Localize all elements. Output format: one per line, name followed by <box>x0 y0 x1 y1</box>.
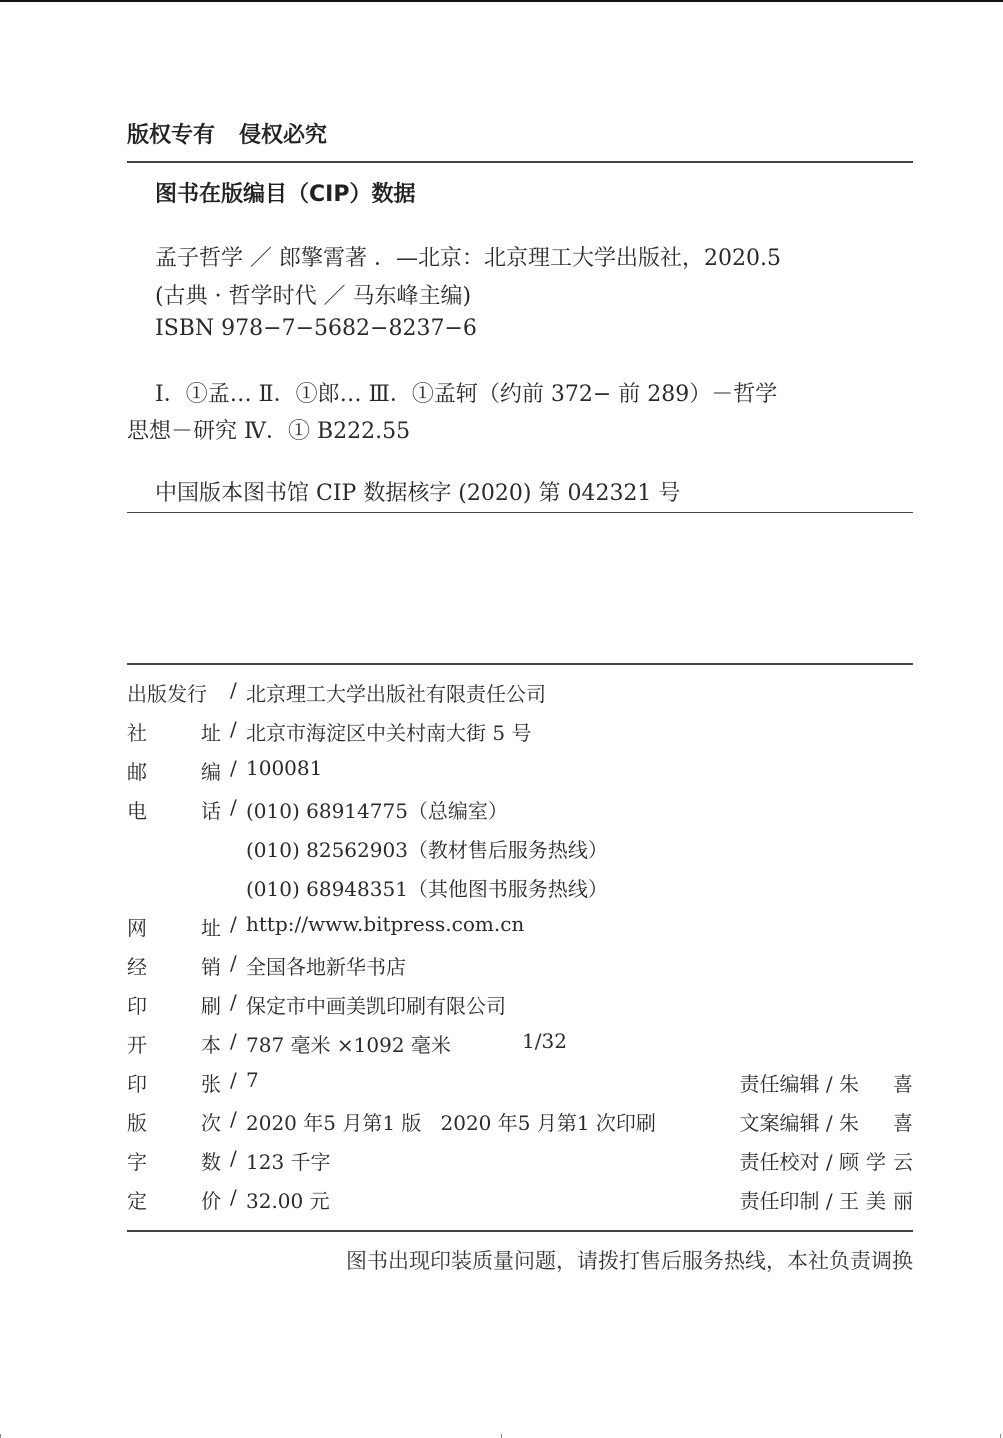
pub-row-format: 开 本 / 787 毫米 ×1092 毫米 1/32 <box>127 1029 913 1059</box>
label-char: 字 <box>127 1146 147 1175</box>
staff-print-manager: 责任印制 / 王美丽 <box>740 1185 913 1214</box>
infringement-warning: 侵权必究 <box>239 123 327 148</box>
pub-row-website: 网 址 / http://www.bitpress.com.cn <box>127 912 913 942</box>
separator: / <box>230 1185 237 1209</box>
divider-top <box>127 161 913 163</box>
value-publisher: 北京理工大学出版社有限责任公司 <box>246 678 546 707</box>
separator: / <box>230 756 237 780</box>
separator: / <box>230 678 237 702</box>
label-char: 印 <box>127 990 147 1019</box>
separator: / <box>230 1107 237 1131</box>
cip-title: 图书在版编目（CIP）数据 <box>155 177 415 208</box>
staff-role: 责任校对 <box>740 1150 820 1174</box>
cip-isbn: ISBN 978−7−5682−8237−6 <box>155 316 477 341</box>
value-website: http://www.bitpress.com.cn <box>246 912 524 936</box>
staff-proofreader: 责任校对 / 顾学云 <box>740 1146 913 1175</box>
cip-classification-line2: 思想－研究 Ⅳ．① B222.55 <box>127 414 410 445</box>
staff-name: 顾学云 <box>839 1146 913 1175</box>
label-publisher: 出版发行 <box>127 678 207 707</box>
pub-row-edition: 版 次 / 2020 年5 月第1 版 2020 年5 月第1 次印刷 文案编辑… <box>127 1107 913 1137</box>
separator: / <box>230 1068 237 1092</box>
label-char: 定 <box>127 1185 147 1214</box>
staff-name: 朱 喜 <box>839 1068 913 1097</box>
value-phone-other: (010) 68948351（其他图书服务热线） <box>246 873 608 902</box>
staff-copy-editor: 文案编辑 / 朱 喜 <box>740 1107 913 1136</box>
value-format: 787 毫米 ×1092 毫米 <box>246 1029 451 1058</box>
label-char: 邮 <box>127 756 147 785</box>
label-char: 销 <box>201 951 221 980</box>
value-distribution: 全国各地新华书店 <box>246 951 406 980</box>
cip-bibliographic-line: 孟子哲学 ／ 郎擎霄著 ．—北京：北京理工大学出版社，2020.5 <box>155 241 781 272</box>
crop-mark <box>1000 1434 1001 1438</box>
pub-row-phone3: (010) 68948351（其他图书服务热线） <box>127 873 913 903</box>
cip-series-line: (古典 · 哲学时代 ／ 马东峰主编) <box>155 279 471 310</box>
label-char: 次 <box>201 1107 221 1136</box>
separator: / <box>230 795 237 819</box>
label-char: 数 <box>201 1146 221 1175</box>
divider-pub-top <box>127 663 913 665</box>
pub-row-postcode: 邮 编 / 100081 <box>127 756 913 786</box>
label-char: 经 <box>127 951 147 980</box>
label-char: 编 <box>201 756 221 785</box>
quality-notice: 图书出现印装质量问题，请拨打售后服务热线，本社负责调换 <box>346 1245 913 1275</box>
copyright-notice: 版权专有侵权必究 <box>127 118 327 149</box>
staff-name: 王美丽 <box>839 1185 913 1214</box>
staff-role: 责任印制 <box>740 1189 820 1213</box>
copyright-reserved: 版权专有 <box>127 123 215 148</box>
separator: / <box>230 1146 237 1170</box>
value-price: 32.00 元 <box>246 1185 330 1214</box>
separator: / <box>230 912 237 936</box>
cip-verification-number: 中国版本图书馆 CIP 数据核字 (2020) 第 042321 号 <box>155 476 680 507</box>
value-phone-editorial: (010) 68914775（总编室） <box>246 795 508 824</box>
page-top-border <box>0 0 1003 2</box>
pub-row-phone: 电 话 / (010) 68914775（总编室） <box>127 795 913 825</box>
label-char: 价 <box>201 1185 221 1214</box>
staff-responsible-editor: 责任编辑 / 朱 喜 <box>740 1068 913 1097</box>
separator: / <box>230 717 237 741</box>
separator: / <box>230 1029 237 1053</box>
label-char: 网 <box>127 912 147 941</box>
separator: / <box>230 951 237 975</box>
label-char: 址 <box>201 717 221 746</box>
label-char: 本 <box>201 1029 221 1058</box>
value-format-fold: 1/32 <box>522 1029 567 1053</box>
value-printer: 保定市中画美凯印刷有限公司 <box>246 990 506 1019</box>
pub-row-phone2: (010) 82562903（教材售后服务热线） <box>127 834 913 864</box>
pub-row-publisher: 出版发行 / 北京理工大学出版社有限责任公司 <box>127 678 913 708</box>
value-sheets: 7 <box>246 1068 259 1092</box>
divider-cip-bottom <box>127 512 913 513</box>
value-postcode: 100081 <box>246 756 322 780</box>
divider-pub-bottom <box>127 1230 913 1232</box>
staff-role: 责任编辑 <box>740 1072 820 1096</box>
pub-row-price: 定 价 / 32.00 元 责任印制 / 王美丽 <box>127 1185 913 1215</box>
crop-mark <box>501 1434 502 1438</box>
value-phone-textbook: (010) 82562903（教材售后服务热线） <box>246 834 608 863</box>
value-edition: 2020 年5 月第1 版 2020 年5 月第1 次印刷 <box>246 1107 656 1136</box>
label-char: 印 <box>127 1068 147 1097</box>
label-char: 刷 <box>201 990 221 1019</box>
pub-row-word-count: 字 数 / 123 千字 责任校对 / 顾学云 <box>127 1146 913 1176</box>
value-word-count: 123 千字 <box>246 1146 331 1175</box>
value-address: 北京市海淀区中关村南大街 5 号 <box>246 717 531 746</box>
staff-name: 朱 喜 <box>839 1107 913 1136</box>
pub-row-distribution: 经 销 / 全国各地新华书店 <box>127 951 913 981</box>
staff-role: 文案编辑 <box>740 1111 820 1135</box>
pub-row-address: 社 址 / 北京市海淀区中关村南大街 5 号 <box>127 717 913 747</box>
pub-row-sheets: 印 张 / 7 责任编辑 / 朱 喜 <box>127 1068 913 1098</box>
label-char: 开 <box>127 1029 147 1058</box>
label-char: 话 <box>201 795 221 824</box>
label-char: 电 <box>127 795 147 824</box>
label-char: 张 <box>201 1068 221 1097</box>
crop-mark <box>0 1434 1 1438</box>
pub-row-printing: 印 刷 / 保定市中画美凯印刷有限公司 <box>127 990 913 1020</box>
separator: / <box>230 990 237 1014</box>
label-char: 址 <box>201 912 221 941</box>
label-char: 版 <box>127 1107 147 1136</box>
cip-classification-line1: Ⅰ．①孟… Ⅱ．①郎… Ⅲ．①孟轲（约前 372− 前 289）－哲学 <box>155 377 777 408</box>
label-char: 社 <box>127 717 147 746</box>
